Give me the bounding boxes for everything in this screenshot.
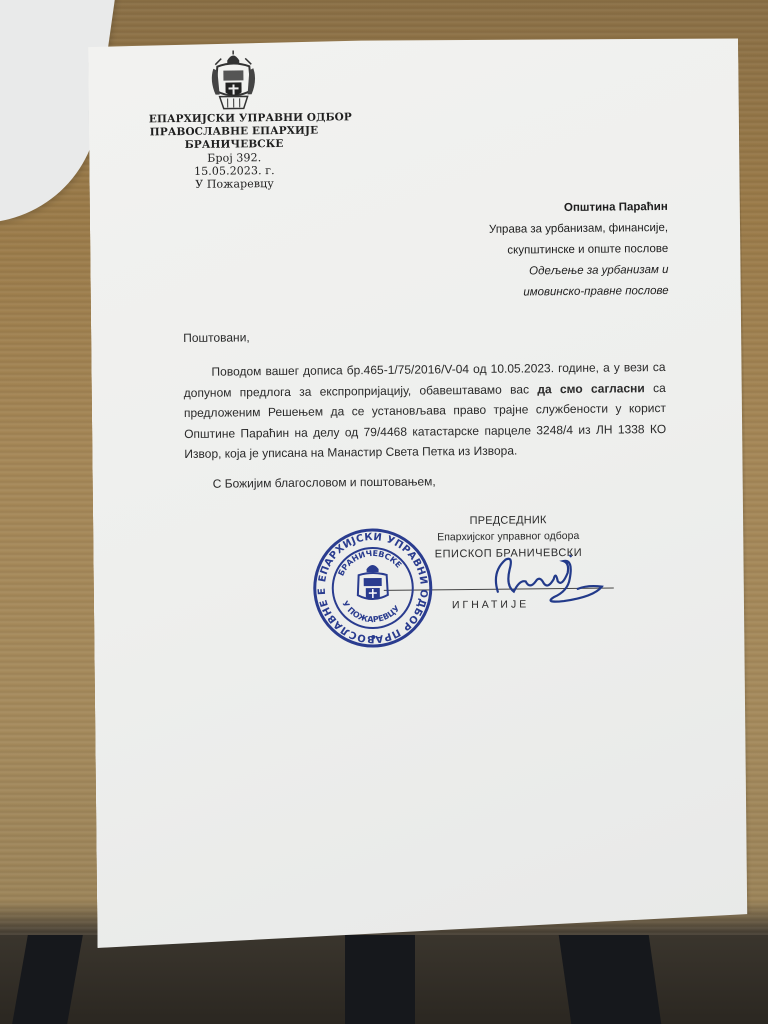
letter-body: Поводом вашег дописа бр.465-1/75/2016/V-… — [183, 357, 666, 465]
body-text-emphasis: да смо сагласни — [537, 381, 645, 396]
letterhead: ЕПАРХИЈСКИ УПРАВНИ ОДБОР ПРАВОСЛАВНЕ ЕПА… — [148, 50, 319, 192]
recipient-division: Одељење за урбанизам и — [489, 260, 668, 283]
floor-background — [0, 935, 768, 1024]
document-place: У Пожаревцу — [149, 177, 319, 192]
recipient-department-cont: скупштинске и опште послове — [489, 239, 668, 262]
chair-leg — [12, 935, 83, 1024]
letter-document: ЕПАРХИЈСКИ УПРАВНИ ОДБОР ПРАВОСЛАВНЕ ЕПА… — [88, 31, 747, 948]
recipient-division-cont: имовинско-правне послове — [490, 281, 669, 304]
signature-title: ПРЕДСЕДНИК — [423, 511, 593, 531]
seal-icon: ЕПАРХИЈСКИ УПРАВНИ ОДБОР ПРАВОСЛАВНЕ ЕПА… — [311, 526, 434, 649]
handwritten-signature-icon — [483, 551, 614, 607]
chair-leg — [345, 935, 415, 1024]
signature-subtitle: Епархијског управног одбора — [423, 529, 593, 546]
recipient-block: Општина Параћин Управа за урбанизам, фин… — [489, 197, 669, 304]
chair-leg — [559, 935, 662, 1024]
recipient-name: Општина Параћин — [489, 197, 668, 220]
closing-line: С Божијим благословом и поштовањем, — [213, 474, 436, 490]
recipient-department: Управа за урбанизам, финансије, — [489, 218, 668, 241]
coat-of-arms-icon — [207, 50, 260, 111]
letterhead-line-2: ПРАВОСЛАВНЕ ЕПАРХИЈЕ — [149, 125, 319, 140]
greeting: Поштовани, — [183, 330, 250, 345]
